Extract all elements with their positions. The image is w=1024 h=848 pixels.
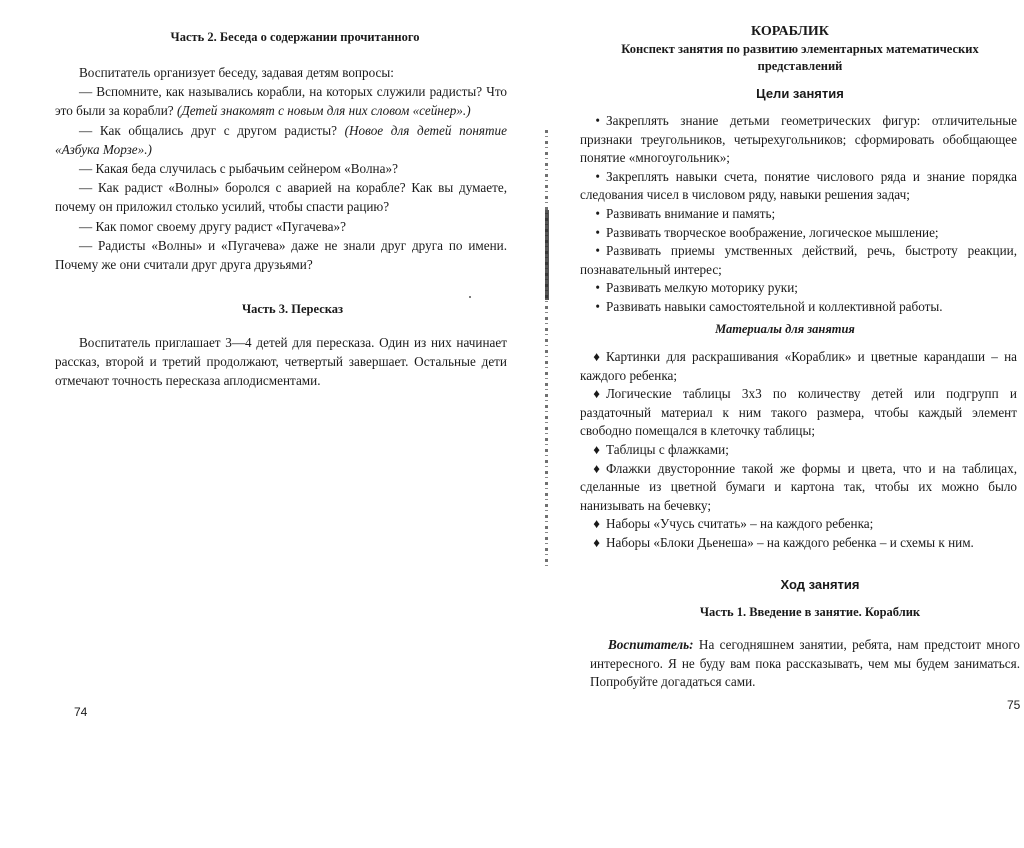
part2-intro: Воспитатель организует беседу, задавая д… <box>55 63 507 82</box>
part1-body: Воспитатель: На сегодняшнем занятии, реб… <box>590 636 1020 692</box>
page-number-right: 75 <box>1007 698 1020 712</box>
goals-heading: Цели занятия <box>600 86 1000 101</box>
question-5: — Как помог своему другу радист «Пугачев… <box>55 217 507 236</box>
material-item: ♦Картинки для раскрашивания «Кораблик» и… <box>580 348 1017 385</box>
right-page: КОРАБЛИК Конспект занятия по развитию эл… <box>560 0 1024 848</box>
materials-heading: Материалы для занятия <box>600 322 970 337</box>
material-item: ♦Наборы «Учусь считать» – на каждого реб… <box>580 515 1017 534</box>
goals-list: •Закреплять знание детьми геометрических… <box>580 112 1017 317</box>
question-3: — Какая беда случилась с рыбачьим сейнер… <box>55 159 507 178</box>
question-2: — Как общались друг с другом радисты? (Н… <box>55 121 507 159</box>
material-item: ♦Наборы «Блоки Дьенеша» – на каждого реб… <box>580 534 1017 553</box>
material-item: ♦Флажки двусторонние такой же формы и цв… <box>580 460 1017 516</box>
left-page: Часть 2. Беседа о содержании прочитанног… <box>0 0 520 848</box>
lesson-heading: Ход занятия <box>600 577 1024 592</box>
doc-title: КОРАБЛИК <box>600 24 980 40</box>
part3-body: Воспитатель приглашает 3—4 детей для пер… <box>55 333 507 391</box>
part2-heading: Часть 2. Беседа о содержании прочитанног… <box>0 30 590 45</box>
goal-item: •Развивать навыки самостоятельной и колл… <box>580 298 1017 317</box>
part1-heading: Часть 1. Введение в занятие. Кораблик <box>600 605 1020 620</box>
material-item: ♦Логические таблицы 3х3 по количеству де… <box>580 385 1017 441</box>
gutter-shadow <box>545 210 549 300</box>
question-4: — Как радист «Волны» боролся с аварией н… <box>55 178 507 216</box>
scan-speck <box>469 296 471 298</box>
gutter-scan-artifact <box>545 130 548 570</box>
doc-subtitle: Конспект занятия по развитию элементарны… <box>600 41 1000 75</box>
materials-list: ♦Картинки для раскрашивания «Кораблик» и… <box>580 348 1017 553</box>
goal-item: •Развивать внимание и память; <box>580 205 1017 224</box>
material-item: ♦Таблицы с флажками; <box>580 441 1017 460</box>
speaker-label: Воспитатель: <box>608 637 694 652</box>
goal-item: •Развивать творческое воображение, логич… <box>580 224 1017 243</box>
part3-heading: Часть 3. Пересказ <box>0 302 585 317</box>
goal-item: •Развивать мелкую моторику руки; <box>580 279 1017 298</box>
question-1: — Вспомните, как назывались корабли, на … <box>55 82 507 120</box>
goal-item: •Развивать приемы умственных действий, р… <box>580 242 1017 279</box>
page-number-left: 74 <box>74 705 87 719</box>
goal-item: •Закреплять навыки счета, понятие числов… <box>580 168 1017 205</box>
goal-item: •Закреплять знание детьми геометрических… <box>580 112 1017 168</box>
part2-body: Воспитатель организует беседу, задавая д… <box>55 63 507 274</box>
question-6: — Радисты «Волны» и «Пугачева» даже не з… <box>55 236 507 274</box>
